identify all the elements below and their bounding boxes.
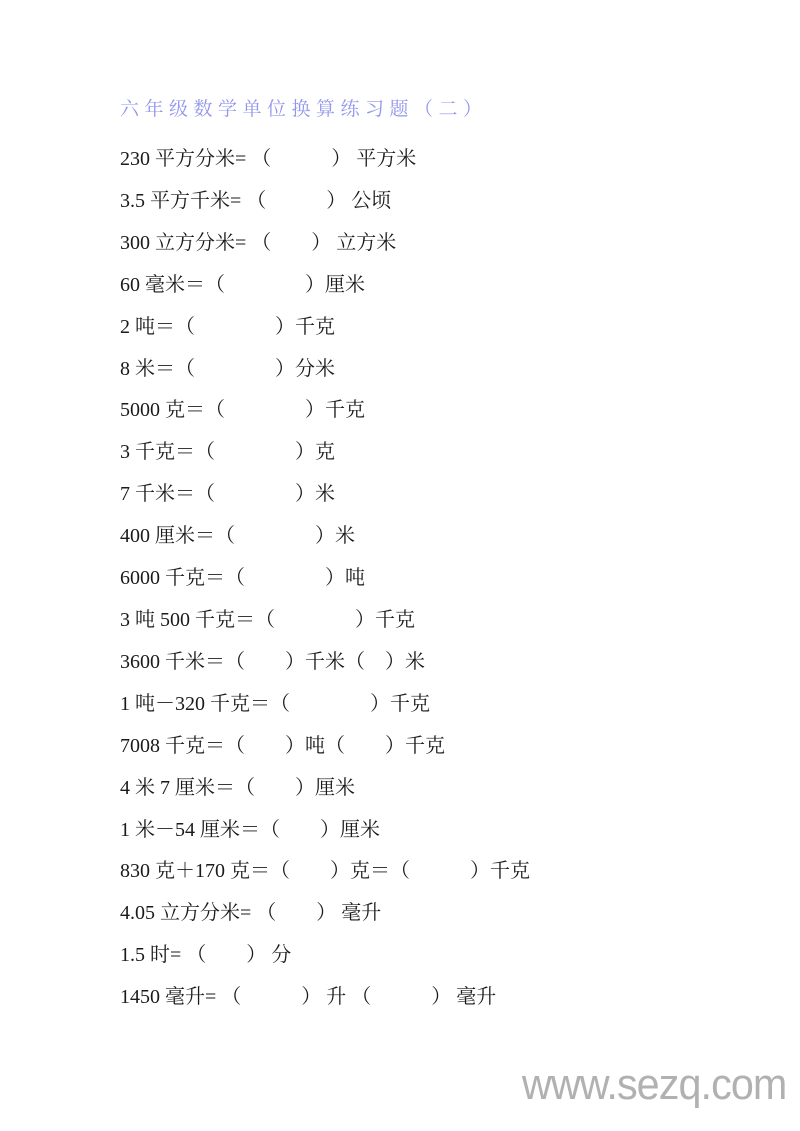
problem-line: 8 米＝（ ）分米 bbox=[120, 349, 800, 391]
problem-line: 1450 毫升= （ ） 升 （ ） 毫升 bbox=[120, 977, 800, 1019]
problem-line: 2 吨＝（ ）千克 bbox=[120, 307, 800, 349]
problem-line: 3.5 平方千米= （ ） 公顷 bbox=[120, 181, 800, 223]
problem-line: 400 厘米＝（ ）米 bbox=[120, 516, 800, 558]
problem-line: 300 立方分米= （ ） 立方米 bbox=[120, 223, 800, 265]
problem-line: 1 米－54 厘米＝（ ）厘米 bbox=[120, 810, 800, 852]
problem-line: 6000 千克＝（ ）吨 bbox=[120, 558, 800, 600]
problem-line: 4.05 立方分米= （ ） 毫升 bbox=[120, 893, 800, 935]
problem-line: 7008 千克＝（ ）吨（ ）千克 bbox=[120, 726, 800, 768]
problem-line: 60 毫米＝（ ）厘米 bbox=[120, 265, 800, 307]
problem-line: 1.5 时= （ ） 分 bbox=[120, 935, 800, 977]
page-title: 六年级数学单位换算练习题（二） bbox=[0, 0, 800, 123]
site-watermark: www.sezq.com bbox=[521, 1060, 786, 1110]
problem-line: 4 米 7 厘米＝（ ）厘米 bbox=[120, 768, 800, 810]
problem-line: 5000 克＝（ ）千克 bbox=[120, 390, 800, 432]
worksheet-page: 六年级数学单位换算练习题（二） 230 平方分米= （ ） 平方米 3.5 平方… bbox=[0, 0, 800, 1131]
problem-line: 1 吨－320 千克＝（ ）千克 bbox=[120, 684, 800, 726]
problem-line: 3600 千米＝（ ）千米（ ）米 bbox=[120, 642, 800, 684]
problem-line: 7 千米＝（ ）米 bbox=[120, 474, 800, 516]
problem-line: 3 吨 500 千克＝（ ）千克 bbox=[120, 600, 800, 642]
problem-line: 3 千克＝（ ）克 bbox=[120, 432, 800, 474]
problem-line: 830 克＋170 克＝（ ）克＝（ ）千克 bbox=[120, 851, 800, 893]
problem-line: 230 平方分米= （ ） 平方米 bbox=[120, 139, 800, 181]
problem-list: 230 平方分米= （ ） 平方米 3.5 平方千米= （ ） 公顷 300 立… bbox=[120, 139, 800, 1019]
